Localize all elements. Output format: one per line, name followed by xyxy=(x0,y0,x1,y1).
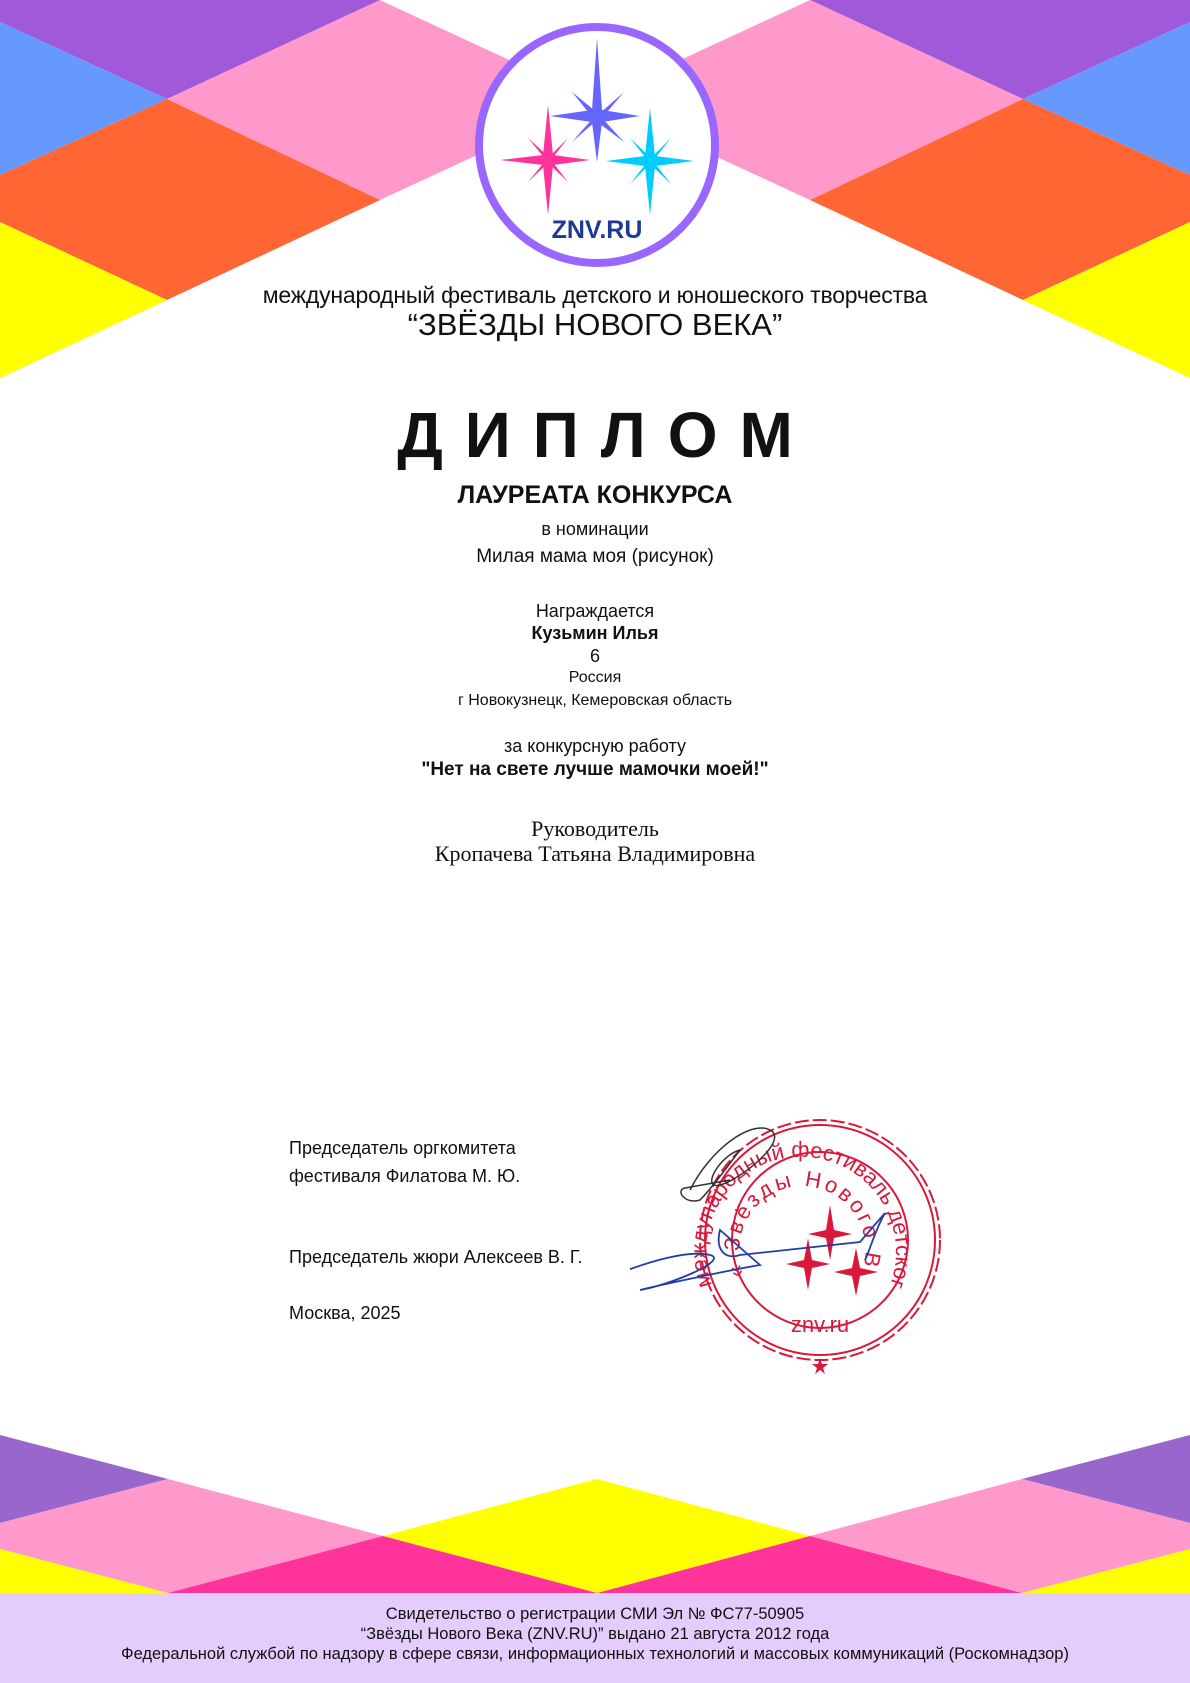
laureate-heading: ЛАУРЕАТА КОНКУРСА xyxy=(0,481,1190,510)
awardee-city: г Новокузнецк, Кемеровская область xyxy=(0,692,1190,710)
festival-name: “ЗВЁЗДЫ НОВОГО ВЕКА” xyxy=(0,307,1190,343)
stamp-inner-text: « Звёзды Нового Века » xyxy=(630,1110,886,1281)
footer-line-1: Свидетельство о регистрации СМИ Эл № ФС7… xyxy=(0,1605,1190,1624)
stamp-site: znv.ru xyxy=(791,1312,849,1337)
nomination-label: в номинации xyxy=(0,519,1190,540)
registration-footer: Свидетельство о регистрации СМИ Эл № ФС7… xyxy=(0,1593,1190,1683)
org-chair-line1: Председатель оргкомитета xyxy=(289,1134,520,1162)
logo-text: ZNV.RU xyxy=(552,216,643,244)
awardee-name: Кузьмин Илья xyxy=(0,623,1190,644)
work-title: "Нет на свете лучше мамочки моей!" xyxy=(0,759,1190,781)
leader-label: Руководитель xyxy=(0,816,1190,842)
leader-name: Кропачева Татьяна Владимировна xyxy=(0,841,1190,867)
official-stamp: международный фестиваль детского творчес… xyxy=(630,1110,970,1390)
nomination-value: Милая мама моя (рисунок) xyxy=(0,546,1190,568)
awardee-age: 6 xyxy=(0,646,1190,667)
footer-line-2: “Звёзды Нового Века (ZNV.RU)” выдано 21 … xyxy=(0,1625,1190,1644)
awardee-country: Россия xyxy=(0,669,1190,687)
place-date: Москва, 2025 xyxy=(289,1303,401,1324)
org-chair-line2: фестиваля Филатова М. Ю. xyxy=(289,1162,520,1190)
work-label: за конкурсную работу xyxy=(0,736,1190,757)
awarded-label: Награждается xyxy=(0,601,1190,622)
footer-line-3: Федеральной службой по надзору в сфере с… xyxy=(0,1645,1190,1664)
festival-subtitle: международный фестиваль детского и юноше… xyxy=(0,282,1190,309)
org-chair-signature-block: Председатель оргкомитета фестиваля Филат… xyxy=(289,1134,520,1190)
jury-chair-signature: Председатель жюри Алексеев В. Г. xyxy=(289,1247,582,1268)
znv-logo: ZNV.RU xyxy=(472,20,722,270)
diploma-title: ДИПЛОМ xyxy=(0,398,1190,472)
signature-jury-chair xyxy=(630,1213,885,1290)
